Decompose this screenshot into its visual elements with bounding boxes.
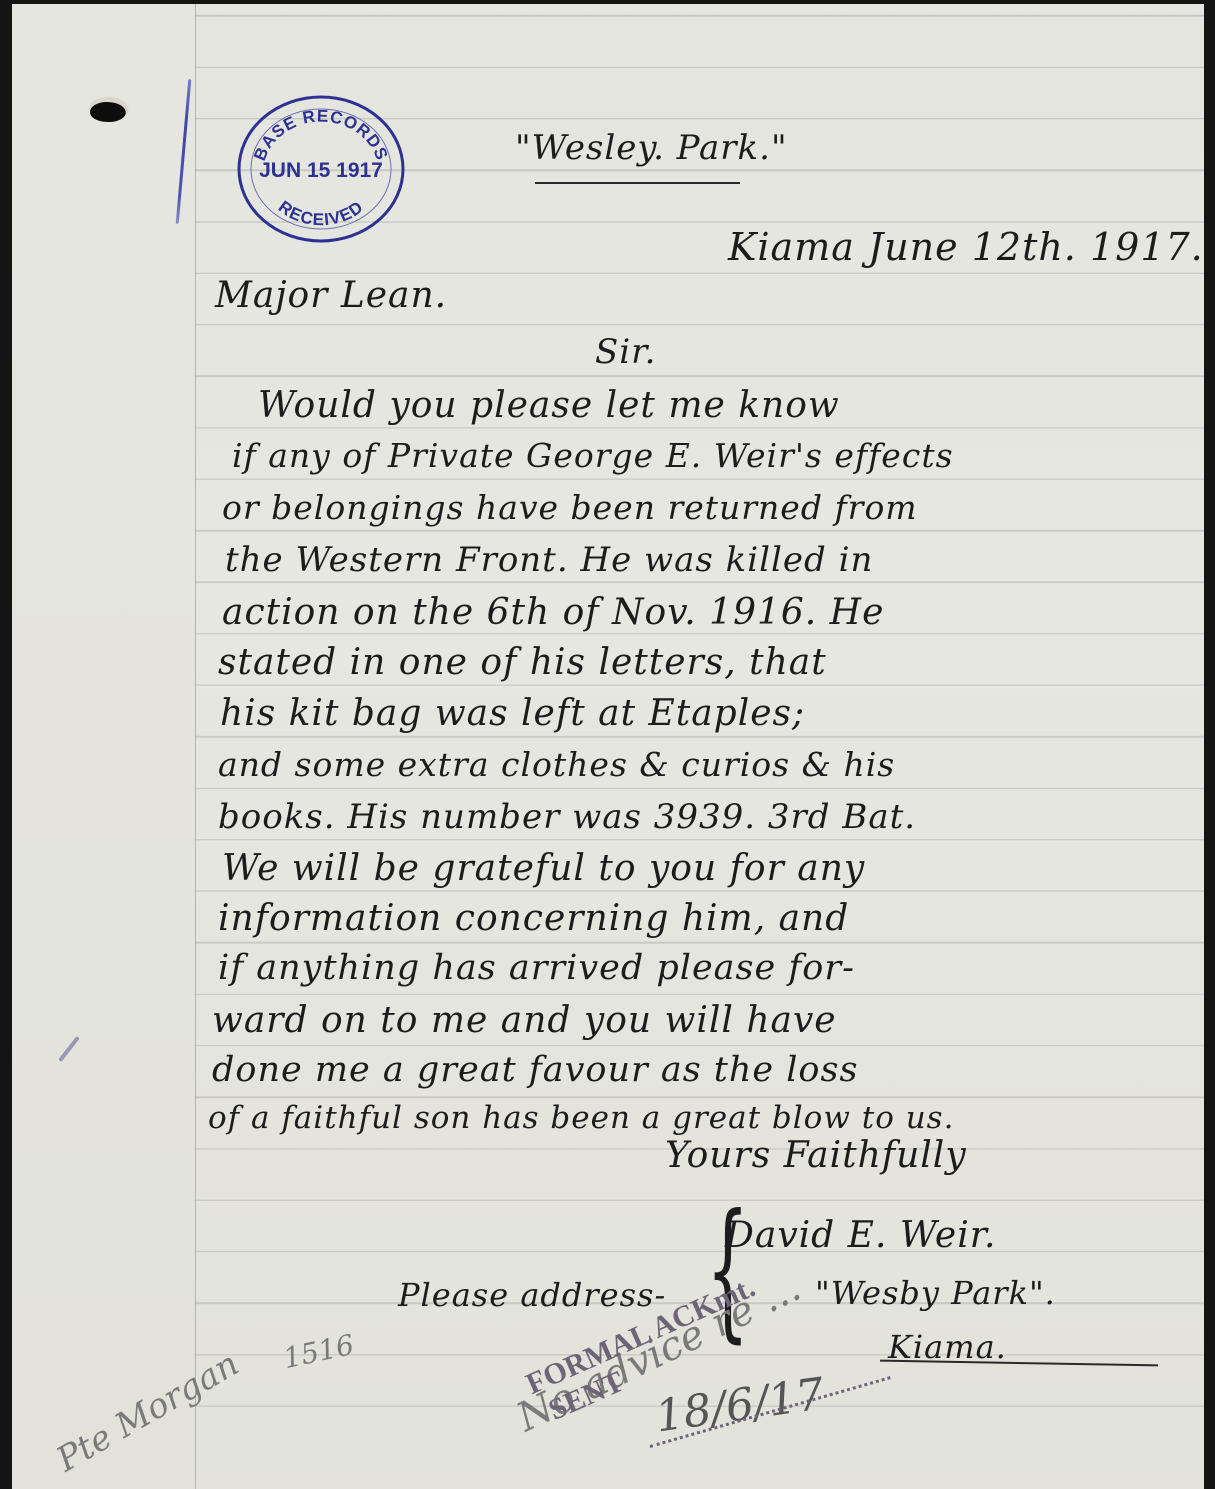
signature: David E. Weir. — [725, 1215, 996, 1256]
svg-text:BASE RECORDS: BASE RECORDS — [250, 106, 392, 163]
body-line: information concerning him, and — [218, 898, 849, 939]
body-line: books. His number was 3939. 3rd Bat. — [218, 797, 916, 837]
body-line: action on the 6th of Nov. 1916. He — [222, 592, 884, 633]
body-line: ward on to me and you will have — [212, 1000, 837, 1041]
body-line: and some extra clothes & curios & his — [218, 745, 895, 784]
place-date: Kiama June 12th. 1917. — [728, 225, 1204, 269]
address-label: Please address- — [398, 1276, 666, 1314]
body-line: his kit bag was left at Etaples; — [220, 693, 805, 734]
body-line: if any of Private George E. Weir's effec… — [232, 436, 954, 475]
house-name-underline — [535, 182, 740, 184]
body-line: done me a great favour as the loss — [212, 1050, 858, 1090]
body-line: stated in one of his letters, that — [218, 642, 827, 683]
left-margin-area — [12, 4, 195, 1489]
body-line: We will be grateful to you for any — [222, 848, 865, 889]
address-line-1: "Wesby Park". — [815, 1274, 1056, 1312]
valediction: Yours Faithfully — [665, 1135, 967, 1176]
stamp-icon: BASE RECORDS JUN 15 1917 RECEIVED — [236, 94, 406, 244]
greeting: Sir. — [595, 332, 657, 372]
body-line: if anything has arrived please for- — [218, 948, 855, 988]
house-name: "Wesley. Park." — [515, 128, 788, 168]
base-records-received-stamp: BASE RECORDS JUN 15 1917 RECEIVED — [236, 94, 406, 244]
body-line: Would you please let me know — [258, 385, 840, 426]
addressee: Major Lean. — [215, 275, 447, 316]
body-line: of a faithful son has been a great blow … — [208, 1100, 954, 1136]
svg-text:RECEIVED: RECEIVED — [275, 197, 367, 229]
svg-text:JUN 15 1917: JUN 15 1917 — [259, 159, 383, 182]
body-line: the Western Front. He was killed in — [225, 540, 873, 580]
body-line: or belongings have been returned from — [222, 488, 918, 527]
margin-rule — [195, 4, 196, 1489]
